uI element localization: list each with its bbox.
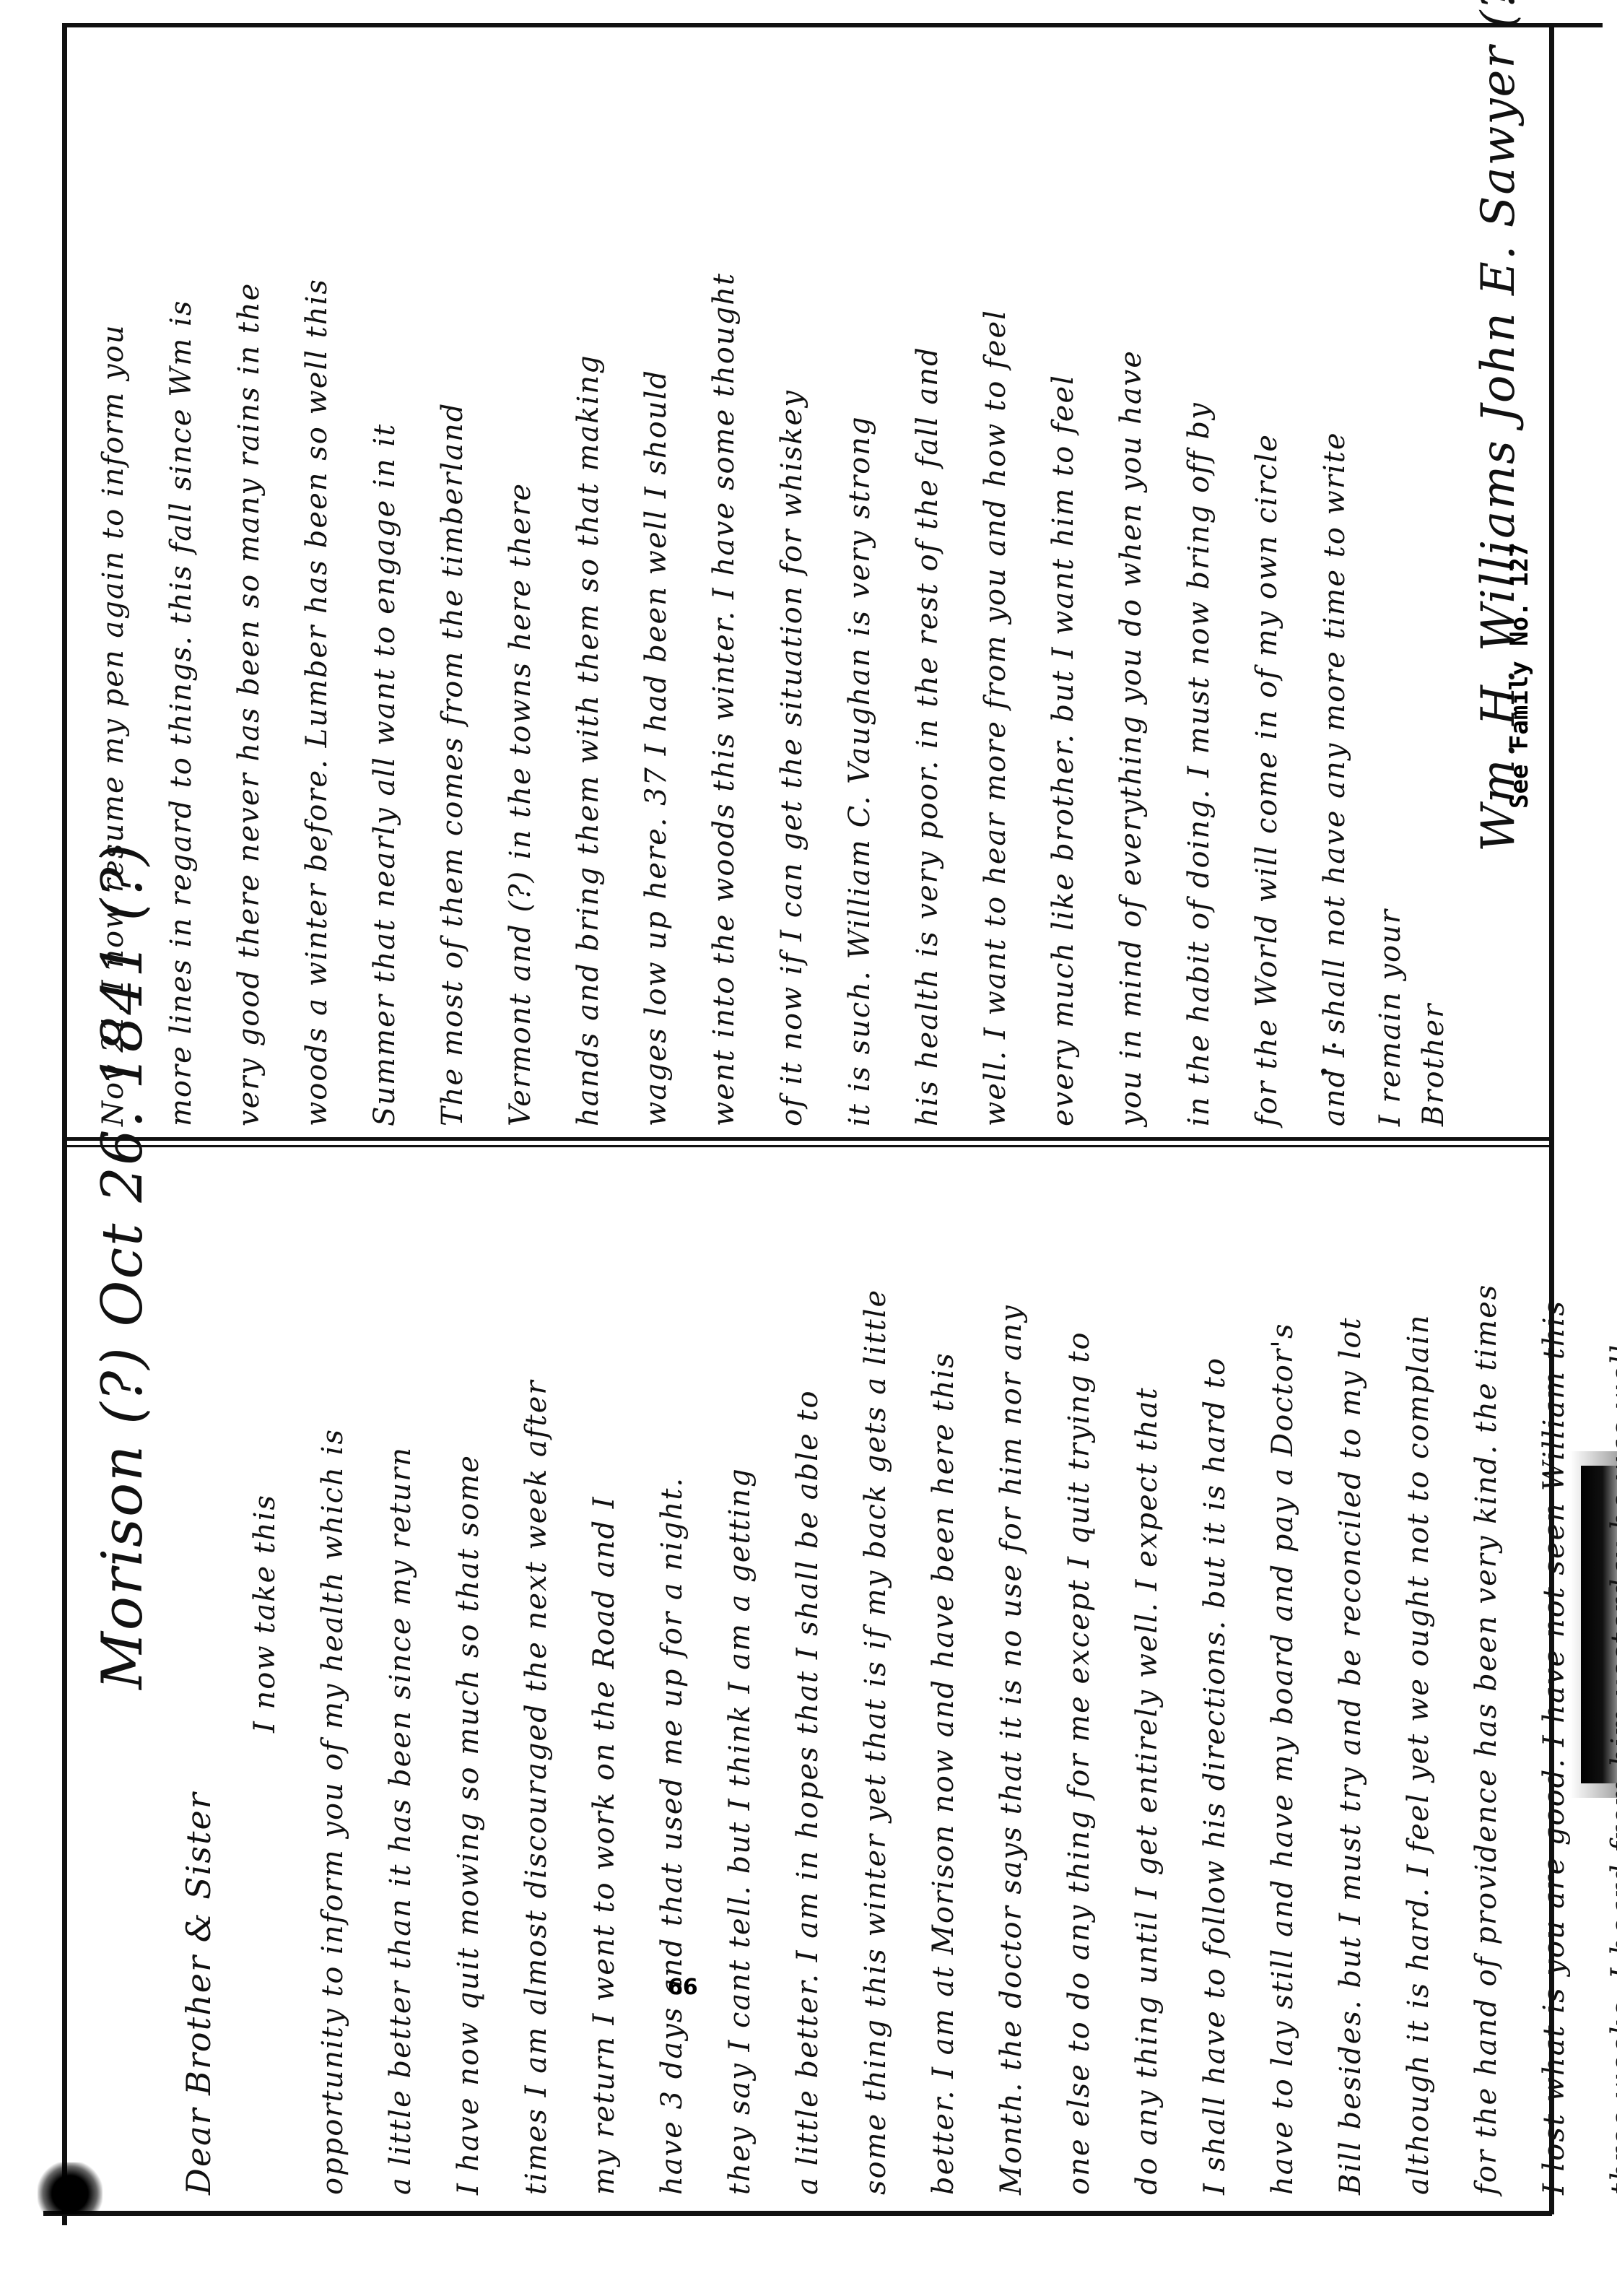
- ink-speck: [1321, 1069, 1327, 1074]
- letter-line: very good there never has been so many r…: [215, 36, 283, 1126]
- letter-line: have to lay still and have my board and …: [1249, 1155, 1317, 2195]
- letter-line: three weeks. I heard from him yesterday …: [1588, 1155, 1617, 2195]
- letter-closing-relation: Brother: [1412, 36, 1455, 1126]
- letter-line: my return I went to work on the Road and…: [570, 1155, 638, 2195]
- document-scan: Morison (?) Oct 26. 1841 (?) Dear Brothe…: [0, 0, 1617, 2296]
- letter-line: have 3 days and that used me up for a ni…: [638, 1155, 706, 2195]
- letter-page-one: Morison (?) Oct 26. 1841 (?) Dear Brothe…: [79, 1155, 1566, 2195]
- letter-page-two: Nov 21. I now resume my pen again to inf…: [79, 36, 1545, 1126]
- letter-line: wages low up here. 37 I had been well I …: [622, 36, 690, 1126]
- letter-closing: I remain your: [1369, 36, 1412, 1126]
- letter-line: hands and bring them with them so that m…: [554, 36, 622, 1126]
- letter-line: Summer that nearly all want to engage in…: [351, 36, 419, 1126]
- letter-line: went into the woods this winter. I have …: [690, 36, 758, 1126]
- letter-line: Bill besides. but I must try and be reco…: [1317, 1155, 1385, 2195]
- letter-line: I shall have to follow his directions. b…: [1181, 1155, 1249, 2195]
- letter-salutation: Dear Brother & Sister: [166, 1155, 231, 2195]
- letter-line: I lost what is you are good. I have not …: [1520, 1155, 1588, 2195]
- page-frame-top-border: [62, 23, 1603, 27]
- letter-line: for the World will come in of my own cir…: [1233, 36, 1301, 1126]
- letter-line: times I am almost discouraged the next w…: [502, 1155, 570, 2195]
- ink-speck: [1332, 1043, 1336, 1048]
- letter-line: a little better. I am in hopes that I sh…: [774, 1155, 842, 2195]
- letter-line: it is such. William C. Vaughan is very s…: [826, 36, 894, 1126]
- letter-line: a little better than it has been since m…: [367, 1155, 435, 2195]
- letter-line: they say I cant tell. but I think I am a…: [706, 1155, 774, 2195]
- letter-heading-place-date: Morison (?) Oct 26. 1841 (?): [79, 1155, 166, 2195]
- letter-line: well. I want to hear more from you and h…: [962, 36, 1029, 1126]
- letter-line: do any thing until I get entirely well. …: [1113, 1155, 1181, 2195]
- letter-line: some thing this winter yet that is if my…: [842, 1155, 910, 2195]
- letter-line: in the habit of doing. I must now bring …: [1165, 36, 1233, 1126]
- typed-reference-note: See Family No. 127: [1505, 543, 1534, 809]
- letter-line: Month. the doctor says that it is no use…: [977, 1155, 1045, 2195]
- page-number-label: 66: [668, 1975, 698, 2000]
- letter-line: although it is hard. I feel yet we ought…: [1385, 1155, 1452, 2195]
- letter-line: one else to do any thing for me except I…: [1045, 1155, 1113, 2195]
- letter-line: Nov 21. I now resume my pen again to inf…: [79, 36, 147, 1126]
- letter-line: every much like brother. but I want him …: [1029, 36, 1097, 1126]
- letter-line: I have now quit mowing so much so that s…: [435, 1155, 502, 2195]
- letter-line: The most of them comes from the timberla…: [419, 36, 487, 1126]
- letter-line: opportunity to inform you of my health w…: [299, 1155, 367, 2195]
- page-divider-line: [62, 1137, 1552, 1147]
- letter-line: for the hand of providence has been very…: [1452, 1155, 1520, 2195]
- letter-line: Vermont and (?) in the towns here there: [487, 36, 554, 1126]
- letter-line: I now take this: [231, 1155, 299, 2195]
- letter-line: you in mind of everything you do when yo…: [1097, 36, 1165, 1126]
- letter-line: more lines in regard to things. this fal…: [147, 36, 215, 1126]
- page-frame-left-border: [62, 23, 67, 2225]
- letter-line: of it now if I can get the situation for…: [758, 36, 826, 1126]
- letter-line: his health is very poor. in the rest of …: [894, 36, 962, 1126]
- page-frame-bottom-border: [43, 2211, 1552, 2216]
- letter-line: better. I am at Morison now and have bee…: [910, 1155, 977, 2195]
- letter-line: woods a winter before. Lumber has been s…: [283, 36, 351, 1126]
- letter-line: and I shall not have any more time to wr…: [1301, 36, 1369, 1126]
